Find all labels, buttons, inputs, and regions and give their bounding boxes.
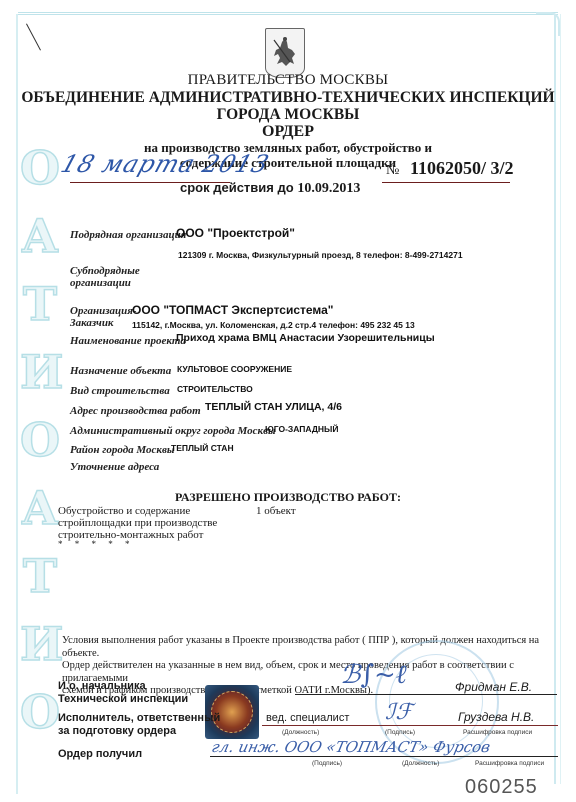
address-clarification-label: Уточнение адреса — [70, 461, 159, 473]
serial-number: 060255 — [465, 776, 538, 799]
permitted-work-quantity: 1 объект — [256, 505, 296, 517]
caption-signature: (Подпись) — [385, 729, 415, 736]
executor-position: вед. специалист — [266, 712, 349, 724]
oati-side-watermark: О А Т И О А Т И О — [20, 140, 64, 752]
caption-position: (Должность) — [282, 729, 319, 736]
head-signatory-label: И.о. начальника Технической инспекции — [58, 680, 188, 706]
city-district-label: Район города Москвы — [70, 444, 175, 456]
organization-title-line1: ОБЪЕДИНЕНИЕ АДМИНИСТРАТИВНО-ТЕХНИЧЕСКИХ … — [0, 89, 576, 107]
caption-signature: (Подпись) — [312, 760, 342, 767]
head-signatory-name: Фридман Е.В. — [455, 680, 532, 694]
customer-address: 115142, г.Москва, ул. Коломенская, д.2 с… — [132, 320, 415, 330]
contractor-value: ООО "Проектстрой" — [176, 226, 295, 240]
guilloche-frame-top — [18, 12, 558, 25]
customer-label-line1: Организация- — [70, 305, 137, 317]
watermark-letter: Т — [20, 276, 60, 332]
received-handwritten-signature: гл. инж. ООО «ТОПМАСТ» Фурсов — [210, 738, 492, 756]
construction-type-value: СТРОИТЕЛЬСТВО — [177, 384, 253, 394]
admin-district-label: Административный округ города Москвы — [70, 425, 276, 437]
number-sign: № — [386, 163, 399, 179]
work-address-label: Адрес производства работ — [70, 405, 201, 417]
validity-date: 10.09.2013 — [297, 181, 360, 196]
watermark-letter: И — [20, 616, 60, 672]
moscow-coat-of-arms-icon — [265, 28, 305, 78]
permitted-work-description: Обустройство и содержание стройплощадки … — [58, 505, 248, 541]
received-signature-line — [210, 756, 558, 757]
permitted-works-title: РАЗРЕШЕНО ПРОИЗВОДСТВО РАБОТ: — [0, 490, 576, 505]
watermark-letter: А — [20, 480, 60, 536]
watermark-letter: О — [20, 684, 60, 740]
pen-mark — [26, 24, 41, 51]
watermark-letter: А — [20, 208, 60, 264]
number-underline — [382, 182, 510, 183]
received-by-label: Ордер получил — [58, 748, 142, 761]
project-name-value: Приход храма ВМЦ Анастасии Узорешительни… — [176, 332, 435, 344]
conditions-line1: Условия выполнения работ указаны в Проек… — [62, 635, 562, 660]
caption-decoding: Расшифровка подписи — [463, 729, 532, 736]
watermark-letter: О — [20, 412, 60, 468]
document-type: ОРДЕР — [0, 123, 576, 141]
watermark-letter: И — [20, 344, 60, 400]
validity-label: срок действия до — [180, 180, 294, 195]
executor-signature: ℐℱ — [385, 700, 413, 725]
customer-label-line2: Заказчик — [70, 317, 114, 329]
subcontractors-label-line1: Субподрядные — [70, 265, 140, 277]
executor-label: Исполнитель, ответственный за подготовку… — [58, 712, 220, 738]
work-address-value: ТЕПЛЫЙ СТАН УЛИЦА, 4/6 — [205, 401, 342, 413]
construction-type-label: Вид строительства — [70, 385, 170, 397]
caption-decoding: Расшифровка подписи — [475, 760, 544, 767]
contractor-label: Подрядная организация — [70, 229, 186, 241]
object-purpose-value: КУЛЬТОВОЕ СООРУЖЕНИЕ — [177, 364, 292, 374]
handwritten-issue-date: 18 марта 2013 — [57, 150, 273, 178]
stars-separator: * * * * * — [58, 539, 135, 549]
city-district-value: ТЕПЛЫЙ СТАН — [171, 443, 234, 453]
object-purpose-label: Назначение объекта — [70, 365, 171, 377]
admin-district-value: ЮГО-ЗАПАДНЫЙ — [265, 424, 338, 434]
contractor-address: 121309 г. Москва, Физкультурный проезд, … — [178, 250, 463, 260]
organization-title-line2: ГОРОДА МОСКВЫ — [0, 106, 576, 124]
caption-position: (Должность) — [402, 760, 439, 767]
subcontractors-label-line2: организации — [70, 277, 131, 289]
executor-name: Груздева Н.В. — [458, 710, 534, 724]
project-name-label: Наименование проекта — [70, 335, 186, 347]
customer-value: ООО "ТОПМАСТ Экспертсистема" — [132, 303, 333, 317]
executor-signature-line — [262, 725, 558, 726]
validity-period: срок действия до 10.09.2013 — [180, 180, 360, 197]
head-signature: ℬ∫~ℓ — [340, 660, 407, 690]
head-signature-line — [295, 694, 557, 695]
government-title: ПРАВИТЕЛЬСТВО МОСКВЫ — [0, 72, 576, 89]
watermark-letter: Т — [20, 548, 60, 604]
order-number: 11062050/ 3/2 — [410, 158, 514, 179]
